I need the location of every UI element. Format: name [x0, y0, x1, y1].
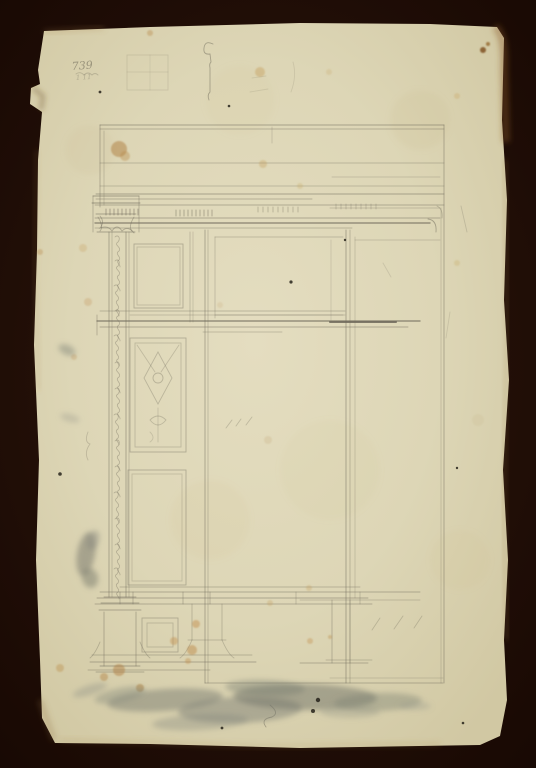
artwork-canvas: 739 1 11: [0, 0, 536, 768]
handwritten-inscription-secondary: 1 11: [76, 73, 92, 82]
photograph-of-architectural-drawing: 739 1 11: [0, 0, 536, 768]
handwritten-inscription: 739: [71, 59, 93, 73]
